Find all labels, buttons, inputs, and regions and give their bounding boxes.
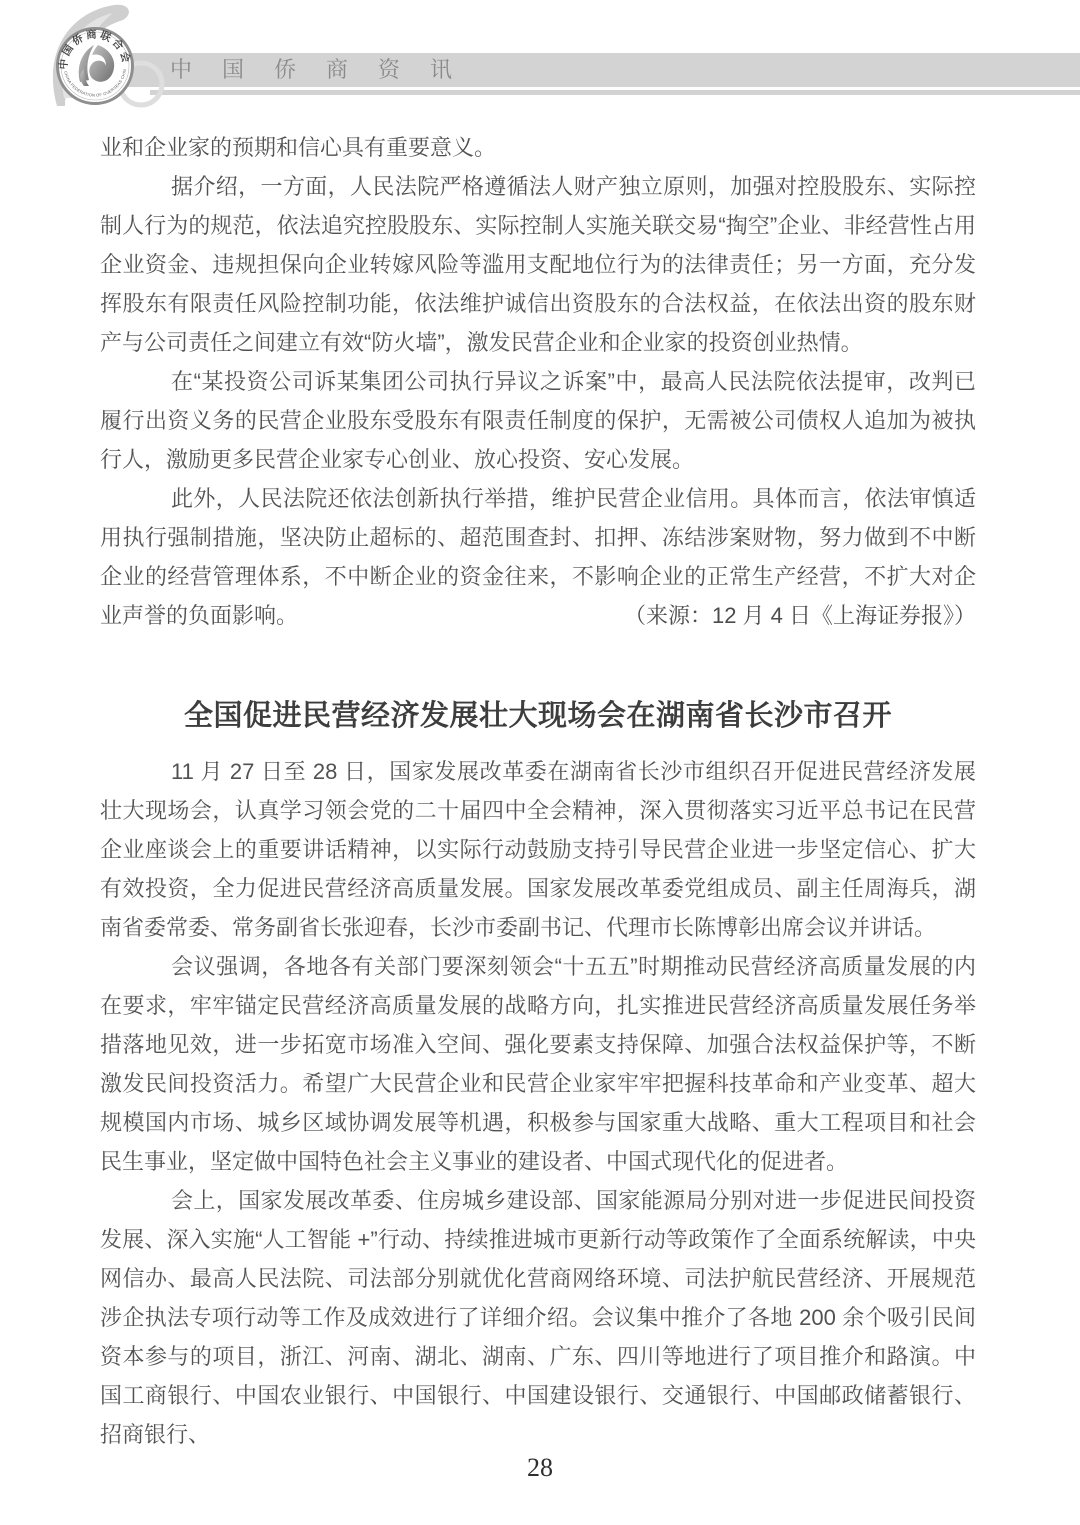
body-paragraph: 11 月 27 日至 28 日，国家发展改革委在湖南省长沙市组织召开促进民营经济… bbox=[100, 752, 976, 947]
header-band-underline bbox=[150, 90, 1080, 95]
body-paragraph: 据介绍，一方面，人民法院严格遵循法人财产独立原则，加强对控股股东、实际控制人行为… bbox=[100, 167, 976, 362]
page: 中国侨商资讯 中国侨商联合会 bbox=[0, 0, 1080, 1525]
body-paragraph: 会上，国家发展改革委、住房城乡建设部、国家能源局分别对进一步促进民间投资发展、深… bbox=[100, 1181, 976, 1454]
body-paragraph: 在“某投资公司诉某集团公司执行异议之诉案”中，最高人民法院依法提审，改判已履行出… bbox=[100, 362, 976, 479]
article1-paragraphs: 业和企业家的预期和信心具有重要意义。据介绍，一方面，人民法院严格遵循法人财产独立… bbox=[100, 128, 976, 635]
body-paragraph: 会议强调，各地各有关部门要深刻领会“十五五”时期推动民营经济高质量发展的内在要求… bbox=[100, 947, 976, 1181]
article2-paragraphs: 11 月 27 日至 28 日，国家发展改革委在湖南省长沙市组织召开促进民营经济… bbox=[100, 752, 976, 1454]
article-1: 业和企业家的预期和信心具有重要意义。据介绍，一方面，人民法院严格遵循法人财产独立… bbox=[100, 128, 976, 635]
article2-title: 全国促进民营经济发展壮大现场会在湖南省长沙市召开 bbox=[100, 693, 976, 739]
page-body: 业和企业家的预期和信心具有重要意义。据介绍，一方面，人民法院严格遵循法人财产独立… bbox=[100, 128, 976, 1454]
federation-seal-logo: 中国侨商联合会 CHINA FEDERATION OF OVERSEAS CHI… bbox=[0, 0, 260, 135]
article-2: 全国促进民营经济发展壮大现场会在湖南省长沙市召开 11 月 27 日至 28 日… bbox=[100, 693, 976, 1454]
page-number: 28 bbox=[0, 1453, 1080, 1483]
